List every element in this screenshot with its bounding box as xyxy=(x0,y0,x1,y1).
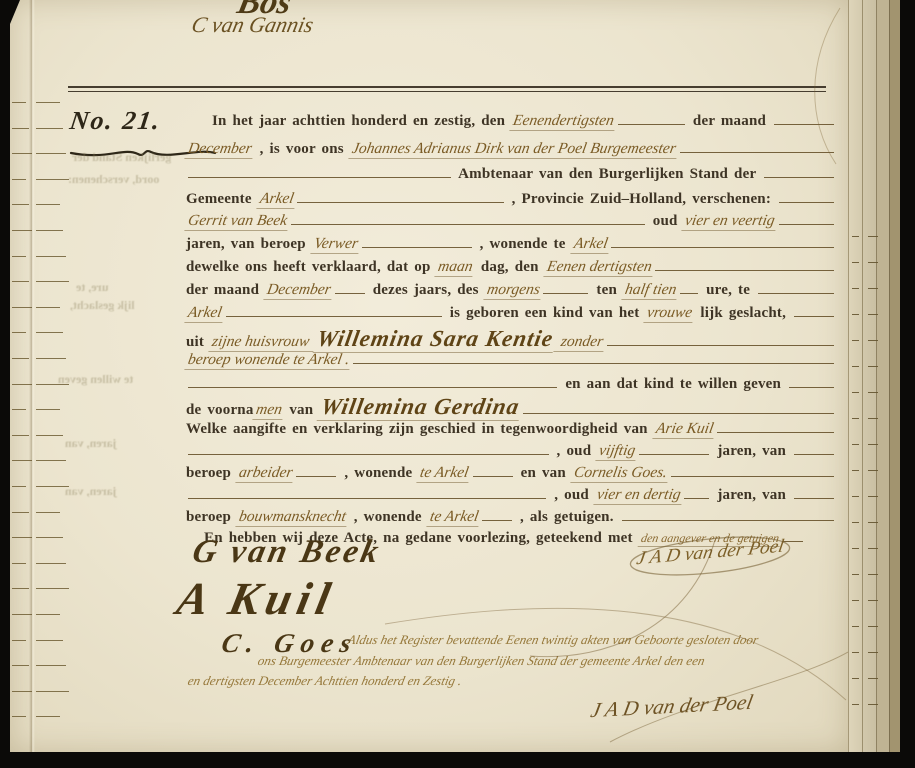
margin-rule-mark xyxy=(12,179,26,180)
handwritten-entry: vrouwe xyxy=(644,304,696,323)
printed-text: en van xyxy=(515,465,572,482)
book-page-edge xyxy=(889,0,900,752)
act-line: der maand December dezes jaars, des morg… xyxy=(186,281,836,305)
ruled-line xyxy=(188,496,546,499)
margin-rule-mark xyxy=(12,307,32,308)
ruled-line xyxy=(297,200,503,203)
handwritten-entry: Eenen dertigsten xyxy=(543,258,655,277)
margin-rule-mark xyxy=(868,340,878,341)
margin-rule-mark xyxy=(852,418,859,419)
margin-rule-mark xyxy=(36,409,60,410)
handwritten-entry: Cornelis Goes. xyxy=(570,464,670,483)
margin-rule-mark xyxy=(852,444,859,445)
margin-rule-mark xyxy=(36,588,69,589)
printed-text: beroep xyxy=(186,465,237,482)
handwritten-entry: Willemina Sara Kentie xyxy=(313,326,558,353)
margin-rule-mark xyxy=(868,522,878,523)
margin-rule-mark xyxy=(12,665,29,666)
ruled-line xyxy=(226,314,442,317)
act-line: December , is voor ons Johannes Adrianus… xyxy=(186,140,836,164)
printed-text: is geboren een kind van het xyxy=(444,305,646,322)
handwritten-entry: Arkel xyxy=(570,235,611,254)
handwritten-entry: Gerrit van Beek xyxy=(184,212,290,231)
margin-rule-mark xyxy=(12,614,32,615)
ruled-line xyxy=(764,175,834,178)
margin-rule-mark xyxy=(852,652,859,653)
ruled-line xyxy=(543,291,588,294)
handwritten-entry: bouwmansknecht xyxy=(235,508,349,527)
printed-text: dewelke ons heeft verklaard, dat op xyxy=(186,259,436,276)
margin-rule-mark xyxy=(852,600,859,601)
ruled-line xyxy=(779,222,834,225)
handwritten-entry: Verwer xyxy=(310,235,361,254)
handwritten-entry: Arkel xyxy=(256,190,297,209)
margin-rule-mark xyxy=(852,574,859,575)
handwritten-entry: Johannes Adrianus Dirk van der Poel Burg… xyxy=(348,140,679,159)
ruled-line xyxy=(473,474,513,477)
act-line: Ambtenaar van den Burgerlijken Stand der xyxy=(186,166,836,190)
handwritten-entry: te Arkel xyxy=(426,508,482,527)
handwritten-entry: December xyxy=(184,140,255,159)
margin-rule-mark xyxy=(36,716,60,717)
margin-rule-mark xyxy=(36,204,60,205)
ruled-line xyxy=(618,122,685,125)
margin-rule-mark xyxy=(852,548,859,549)
act-line: jaren, van beroep Verwer , wonende te Ar… xyxy=(186,235,836,259)
act-line: In het jaar achttien honderd en zestig, … xyxy=(186,112,836,136)
handwritten-entry: maan xyxy=(435,258,477,277)
printed-text: jaren, van xyxy=(711,487,792,504)
bleedthrough-text: jaren, van xyxy=(65,484,117,499)
margin-rule-mark xyxy=(36,281,69,282)
handwritten-entry: Eenendertigsten xyxy=(509,112,617,131)
photo-corner-shadow xyxy=(0,0,20,48)
margin-rule-mark xyxy=(12,153,32,154)
previous-act-signature: C van Gannis xyxy=(189,12,316,38)
margin-rule-mark xyxy=(36,460,66,461)
margin-rule-mark xyxy=(868,314,878,315)
margin-rule-mark xyxy=(868,418,878,419)
margin-rule-mark xyxy=(12,563,26,564)
ruled-line xyxy=(188,175,451,178)
margin-rule-mark xyxy=(36,307,60,308)
margin-rule-mark xyxy=(12,102,26,103)
act-line: Welke aangifte en verklaring zijn geschi… xyxy=(186,420,836,444)
declarant-signature: G van Beek xyxy=(189,534,385,571)
margin-rule-mark xyxy=(12,435,29,436)
ruled-line xyxy=(188,452,549,455)
margin-rule-mark xyxy=(852,314,859,315)
printed-text: lijk geslacht, xyxy=(694,305,792,322)
closing-note-line: en dertigsten December Achttien honderd … xyxy=(186,673,463,689)
margin-rule-mark xyxy=(36,332,63,333)
ruled-line xyxy=(680,150,835,153)
printed-text: , als getuigen. xyxy=(514,509,620,526)
margin-rule-mark xyxy=(12,256,26,257)
handwritten-entry: vier en veertig xyxy=(682,212,779,231)
handwritten-entry: Willemina Gerdina xyxy=(317,394,524,421)
ruled-line xyxy=(671,474,834,477)
handwritten-entry: vier en dertig xyxy=(593,486,684,505)
margin-rule-mark xyxy=(868,704,878,705)
printed-text: Ambtenaar van den Burgerlijken Stand der xyxy=(453,166,762,183)
handwritten-entry: morgens xyxy=(483,281,543,300)
printed-text: jaren, van beroep xyxy=(186,236,312,253)
ruled-line xyxy=(523,411,834,414)
margin-rule-mark xyxy=(12,128,29,129)
handwritten-entry: Arie Kuil xyxy=(652,420,717,439)
margin-rule-mark xyxy=(868,678,878,679)
margin-rule-mark xyxy=(852,392,859,393)
margin-rule-mark xyxy=(12,358,29,359)
margin-rule-mark xyxy=(868,548,878,549)
margin-rule-mark xyxy=(12,204,29,205)
margin-rule-mark xyxy=(36,563,66,564)
margin-rule-mark xyxy=(852,626,859,627)
margin-rule-mark xyxy=(36,153,66,154)
ruled-line xyxy=(362,245,472,248)
bleedthrough-text: ure, te xyxy=(76,280,108,295)
ruled-line xyxy=(717,430,834,433)
act-line: Gerrit van Beek oud vier en veertig xyxy=(186,212,836,236)
handwritten-entry: December xyxy=(263,281,334,300)
ruled-line xyxy=(774,122,834,125)
ruled-line xyxy=(655,268,834,271)
margin-rule-mark xyxy=(852,522,859,523)
act-line: dewelke ons heeft verklaard, dat op maan… xyxy=(186,258,836,282)
margin-rule-mark xyxy=(12,384,32,385)
act-line: Arkel is geboren een kind van het vrouwe… xyxy=(186,304,836,328)
book-page-edge xyxy=(876,0,890,752)
printed-text: Welke aangifte en verklaring zijn geschi… xyxy=(186,421,654,438)
margin-rule-mark xyxy=(36,512,60,513)
handwritten-entry: te Arkel xyxy=(417,464,473,483)
bleedthrough-text: gerlijken Stand der xyxy=(72,150,171,165)
book-page-edge xyxy=(848,0,863,752)
ruled-line xyxy=(611,245,834,248)
act-line: , oud vier en dertig jaren, van xyxy=(186,486,836,510)
margin-rule-mark xyxy=(852,340,859,341)
ruled-line xyxy=(794,452,834,455)
ruled-line xyxy=(353,361,834,364)
margin-rule-mark xyxy=(36,256,66,257)
document-page: Bos C van Gannis No. 21. In het jaar ach… xyxy=(10,0,848,752)
margin-rule-mark xyxy=(12,691,32,692)
margin-rule-mark xyxy=(868,574,878,575)
book-page-edge xyxy=(862,0,877,752)
margin-rule-mark xyxy=(12,230,32,231)
margin-rule-mark xyxy=(852,678,859,679)
printed-text: , wonende te xyxy=(474,236,572,253)
printed-text: beroep xyxy=(186,509,237,526)
margin-rule-mark xyxy=(852,262,859,263)
ruled-line xyxy=(684,496,709,499)
act-line: de voornamen van Willemina Gerdina xyxy=(186,394,836,418)
act-line: beroep bouwmansknecht , wonende te Arkel… xyxy=(186,508,836,532)
margin-rule-mark xyxy=(868,600,878,601)
ruled-line xyxy=(335,291,365,294)
registrar-closing-signature: J A D van der Poel xyxy=(589,690,755,723)
ruled-line xyxy=(783,539,803,542)
margin-rule-mark xyxy=(36,230,63,231)
ruled-line xyxy=(291,222,645,225)
handwritten-entry: half tien xyxy=(621,281,680,300)
margin-rule-mark xyxy=(852,366,859,367)
printed-text: ten xyxy=(590,282,623,299)
act-line: uit zijne huisvrouw Willemina Sara Kenti… xyxy=(186,326,836,350)
margin-rule-mark xyxy=(12,537,32,538)
margin-rule-mark xyxy=(12,588,29,589)
margin-rule-mark xyxy=(852,704,859,705)
margin-rule-mark xyxy=(36,640,63,641)
margin-rule-mark xyxy=(12,332,26,333)
printed-text: , oud xyxy=(548,487,595,504)
bleedthrough-text: oord, verschenen: xyxy=(68,172,159,187)
handwritten-entry: arbeider xyxy=(235,464,296,483)
margin-rule-mark xyxy=(852,236,859,237)
ruled-line xyxy=(779,200,834,203)
bleedthrough-text: jaren, van xyxy=(65,436,117,451)
handwritten-entry: men xyxy=(252,401,285,420)
margin-rule-mark xyxy=(12,716,26,717)
printed-text: Gemeente xyxy=(186,191,258,208)
margin-rule-mark xyxy=(12,409,26,410)
ruled-line xyxy=(622,518,834,521)
margin-rule-mark xyxy=(36,614,60,615)
margin-rule-mark xyxy=(36,537,63,538)
margin-rule-mark xyxy=(868,236,878,237)
printed-text: jaren, van xyxy=(711,443,792,460)
act-line: beroep arbeider , wonende te Arkel en va… xyxy=(186,464,836,488)
closing-note-line: Aldus het Register bevattende Eenen twin… xyxy=(346,632,760,648)
act-line: , oud vijftig jaren, van xyxy=(186,442,836,466)
ruled-line xyxy=(639,452,709,455)
ruled-line xyxy=(758,291,834,294)
margin-rule-mark xyxy=(868,392,878,393)
printed-text: ure, te xyxy=(700,282,756,299)
printed-text: dag, den xyxy=(475,259,545,276)
margin-rule-mark xyxy=(868,626,878,627)
printed-text: uit xyxy=(186,334,210,351)
margin-rule-mark xyxy=(868,366,878,367)
printed-text: , is voor ons xyxy=(254,141,350,158)
printed-text: , oud xyxy=(551,443,598,460)
handwritten-entry: zijne huisvrouw xyxy=(208,333,316,352)
margin-rule-mark xyxy=(868,496,878,497)
printed-text: de voorna xyxy=(186,402,254,419)
margin-rule-mark xyxy=(36,665,66,666)
margin-rule-mark xyxy=(868,444,878,445)
handwritten-entry: beroep wonende te Arkel . xyxy=(184,351,353,370)
indent xyxy=(186,124,212,125)
margin-rule-mark xyxy=(12,486,26,487)
printed-text: en aan dat kind te willen geven xyxy=(559,376,787,393)
page-fold-crease xyxy=(29,0,35,752)
printed-text: der maand xyxy=(687,113,772,130)
printed-text: dezes jaars, des xyxy=(367,282,485,299)
act-divider-rule xyxy=(68,86,826,92)
handwritten-entry: Arkel xyxy=(184,304,225,323)
ruled-line xyxy=(482,518,512,521)
ruled-line xyxy=(607,343,834,346)
margin-rule-mark xyxy=(36,102,60,103)
handwritten-entry: zonder xyxy=(554,333,607,352)
ruled-line xyxy=(680,291,698,294)
printed-text: In het jaar achttien honderd en zestig, … xyxy=(212,113,511,130)
margin-rule-mark xyxy=(868,470,878,471)
margin-rule-mark xyxy=(868,652,878,653)
margin-rule-mark xyxy=(852,288,859,289)
margin-rule-mark xyxy=(12,640,26,641)
printed-text: der maand xyxy=(186,282,265,299)
act-number-label: No. 21. xyxy=(68,106,163,136)
margin-rule-mark xyxy=(12,460,32,461)
margin-rule-mark xyxy=(852,496,859,497)
margin-rule-mark xyxy=(36,691,69,692)
act-line: Gemeente Arkel , Provincie Zuid–Holland,… xyxy=(186,190,836,214)
handwritten-entry: vijftig xyxy=(596,442,640,461)
closing-note-line: ons Burgemeester Ambtenaar van den Burge… xyxy=(256,653,706,669)
printed-text: , wonende xyxy=(338,465,418,482)
ruled-line xyxy=(296,474,336,477)
ruled-line xyxy=(188,385,557,388)
margin-rule-mark xyxy=(36,435,63,436)
printed-text: , Provincie Zuid–Holland, verschenen: xyxy=(506,191,777,208)
margin-rule-mark xyxy=(12,512,29,513)
ruled-line xyxy=(794,314,834,317)
ruled-line xyxy=(789,385,834,388)
margin-rule-mark xyxy=(36,179,69,180)
margin-rule-mark xyxy=(36,128,63,129)
margin-rule-mark xyxy=(12,281,29,282)
witness1-signature: A Kuil xyxy=(172,572,341,625)
margin-rule-mark xyxy=(36,358,66,359)
printed-text: , wonende xyxy=(348,509,428,526)
printed-text: van xyxy=(283,402,319,419)
bleedthrough-text: te willen geven xyxy=(58,372,133,387)
printed-text: oud xyxy=(647,213,684,230)
margin-rule-mark xyxy=(868,262,878,263)
margin-rule-mark xyxy=(868,288,878,289)
act-line: beroep wonende te Arkel . xyxy=(186,351,836,375)
photo-frame: Bos C van Gannis No. 21. In het jaar ach… xyxy=(0,0,915,768)
margin-rule-mark xyxy=(852,470,859,471)
ruled-line xyxy=(794,496,834,499)
bleedthrough-text: lijk geslacht, xyxy=(70,298,135,313)
